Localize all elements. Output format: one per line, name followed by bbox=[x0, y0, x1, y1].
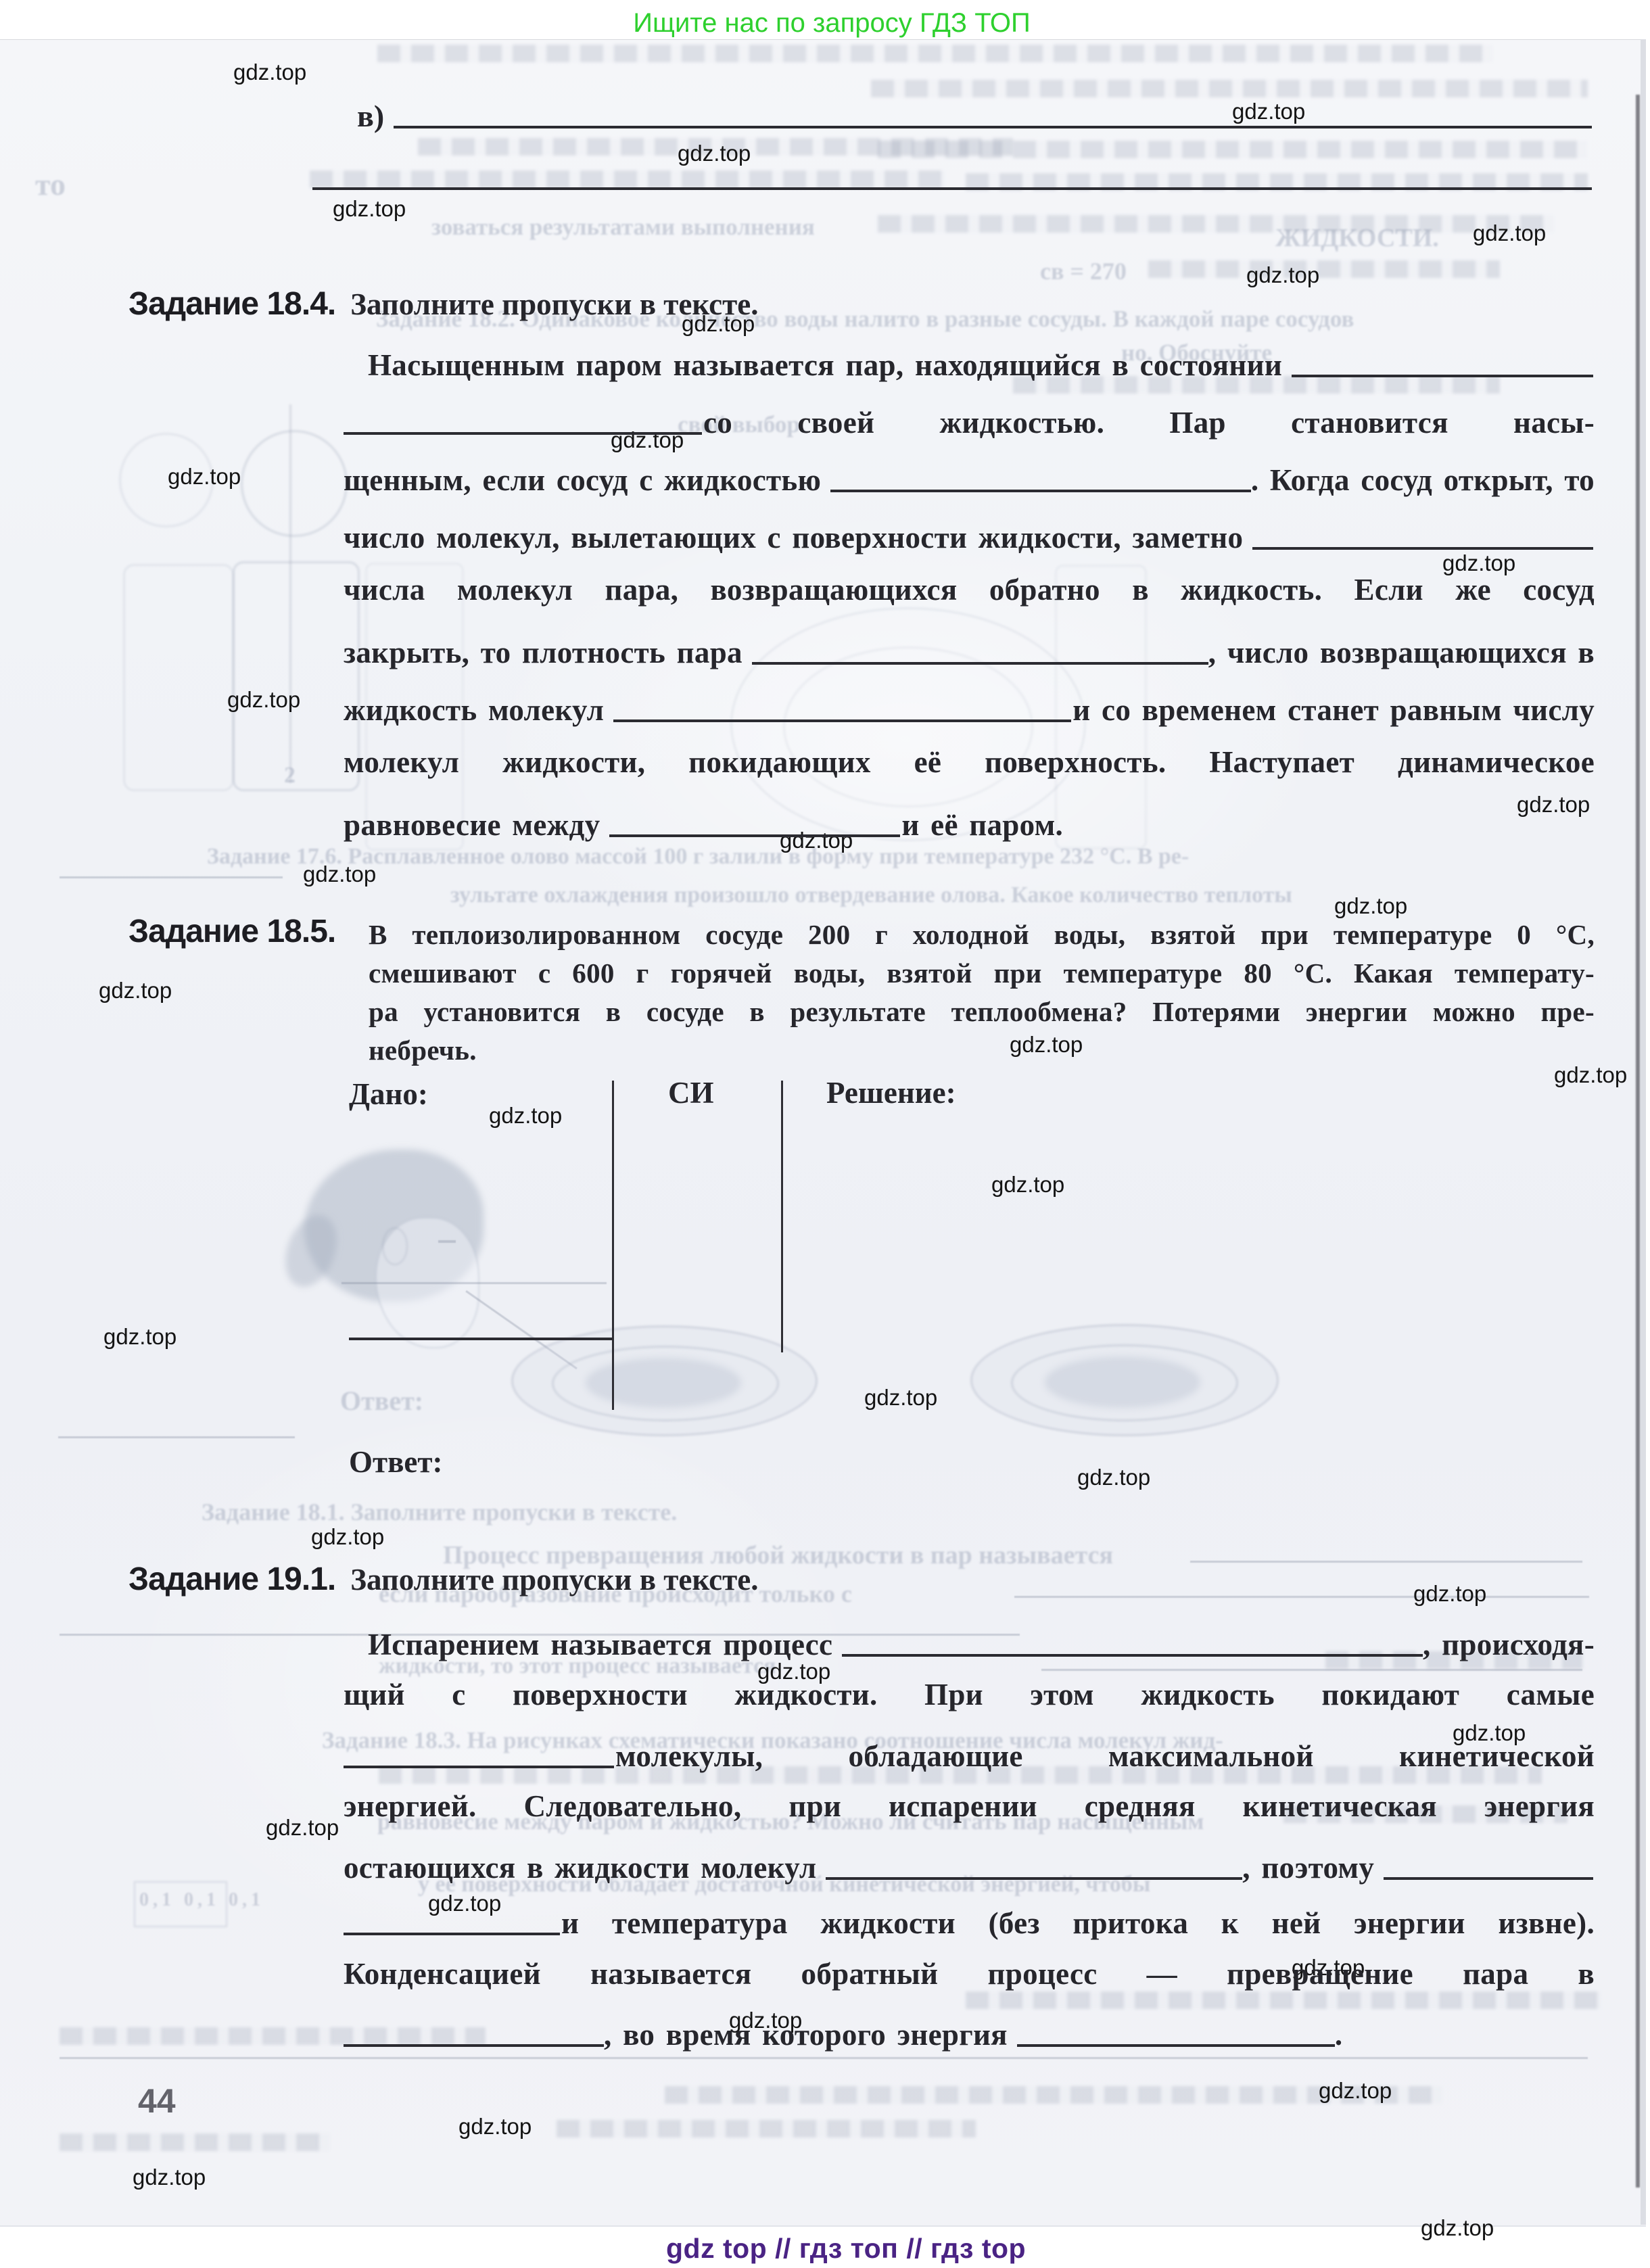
watermark: gdz.top bbox=[1319, 2078, 1392, 2104]
text-run: жидкость молекул bbox=[344, 692, 604, 728]
fill-line: число молекул, вылетающих с поверхности … bbox=[344, 515, 1595, 555]
fill-line: в) bbox=[357, 93, 1593, 134]
bleed-line bbox=[58, 1436, 295, 1438]
task-instruction: Заполните пропуски в тексте. bbox=[350, 1562, 758, 1597]
bleed-text: зультате охлаждения произошло отвердеван… bbox=[450, 882, 1292, 908]
watermark: gdz.top bbox=[333, 196, 406, 222]
bleed-table-sketch bbox=[134, 1881, 227, 1927]
solution-label: Решение: bbox=[826, 1075, 956, 1110]
bleed-line bbox=[60, 2057, 1588, 2059]
watermark: gdz.top bbox=[1077, 1465, 1150, 1490]
task-label: Задание 18.5. bbox=[128, 913, 335, 950]
flask-sketch-jar bbox=[123, 564, 234, 791]
watermark: gdz.top bbox=[1246, 262, 1319, 288]
watermark: gdz.top bbox=[266, 1815, 339, 1841]
task-label: Задание 19.1. bbox=[128, 1561, 335, 1598]
watermark: gdz.top bbox=[99, 978, 172, 1003]
bleed-text: зоваться результатами выполнения bbox=[431, 214, 815, 241]
text-run: Насыщенным паром называется пар, находящ… bbox=[368, 348, 1282, 383]
bleed-smear bbox=[1148, 260, 1500, 278]
text-run: , происходя- bbox=[1423, 1627, 1595, 1662]
watermark: gdz.top bbox=[1517, 792, 1590, 818]
answer-blank bbox=[344, 424, 702, 435]
bleed-smear bbox=[377, 45, 1493, 62]
bleed-text: ЖИДКОСТИ. bbox=[1275, 223, 1439, 253]
watermark: gdz.top bbox=[864, 1385, 937, 1411]
bleed-smear bbox=[557, 2120, 976, 2137]
watermark: gdz.top bbox=[458, 2114, 532, 2140]
task-instruction: Заполните пропуски в тексте. bbox=[350, 287, 758, 322]
page-number: 44 bbox=[138, 2081, 176, 2121]
fill-line bbox=[312, 155, 1593, 195]
watermark: gdz.top bbox=[168, 464, 241, 490]
text-line: ра установится в сосуде в результате теп… bbox=[369, 995, 1595, 1032]
text-run: и со временем станет равным числу bbox=[1072, 692, 1595, 728]
text-run: и температура жидкости (без притока к не… bbox=[561, 1906, 1595, 1941]
watermark: gdz.top bbox=[303, 861, 376, 887]
flask-sketch-jar bbox=[233, 561, 360, 791]
watermark: gdz.top bbox=[1473, 220, 1546, 246]
answer-blank bbox=[312, 179, 1592, 190]
answer-label: Ответ: bbox=[349, 1444, 442, 1480]
text-line: небречь. bbox=[369, 1034, 1595, 1070]
bleed-text: Ответ: bbox=[340, 1385, 423, 1417]
fill-line: , во время которого энергия . bbox=[344, 2012, 1342, 2052]
bleed-line bbox=[1041, 1669, 1582, 1671]
task-header: Задание 19.1. Заполните пропуски в текст… bbox=[128, 1561, 758, 1598]
watermark: gdz.top bbox=[489, 1103, 562, 1129]
answer-blank bbox=[1017, 2036, 1335, 2047]
desk-sketch-line bbox=[341, 1282, 607, 1284]
text-run: со своей жидкостью. Пар становится насы- bbox=[703, 405, 1595, 440]
text-run: и её паром. bbox=[901, 807, 1063, 843]
item-label: в) bbox=[357, 98, 384, 134]
watermark: gdz.top bbox=[991, 1172, 1064, 1198]
task-header: Задание 18.5. bbox=[128, 913, 335, 950]
fill-line: закрыть, то плотность пара , число возвр… bbox=[344, 630, 1595, 670]
bleed-smear bbox=[60, 2133, 330, 2151]
flask-sketch-bulb bbox=[241, 430, 348, 537]
answer-blank bbox=[826, 1869, 1242, 1880]
answer-blank bbox=[1252, 539, 1593, 550]
answer-blank bbox=[613, 711, 1071, 722]
fill-line: Испарением называется процесс , происход… bbox=[344, 1622, 1595, 1662]
watermark: gdz.top bbox=[103, 1324, 176, 1350]
watermark: gdz.top bbox=[227, 687, 300, 713]
plate-sketch bbox=[1045, 1356, 1200, 1408]
si-label: СИ bbox=[668, 1075, 714, 1110]
plate-sketch bbox=[586, 1358, 741, 1408]
flask-sketch-tube bbox=[288, 404, 291, 783]
fill-line: щенным, если сосуд с жидкостью . Когда с… bbox=[344, 457, 1595, 498]
text-run: остающихся в жидкости молекул bbox=[344, 1850, 816, 1885]
text-run: , во время которого энергия bbox=[604, 2017, 1008, 2052]
watermark: gdz.top bbox=[311, 1524, 384, 1550]
answer-blank bbox=[842, 1646, 1423, 1657]
text-run: закрыть, то плотность пара bbox=[344, 635, 742, 670]
table-divider bbox=[781, 1081, 783, 1352]
given-underline bbox=[349, 1338, 613, 1340]
answer-blank bbox=[830, 481, 1251, 492]
text-run: щенным, если сосуд с жидкостью bbox=[344, 463, 821, 498]
watermark: gdz.top bbox=[1334, 893, 1407, 919]
watermark: gdz.top bbox=[1421, 2215, 1494, 2241]
bleed-text: то bbox=[35, 166, 66, 202]
bleed-text: cв = 270 bbox=[1040, 257, 1127, 285]
text-run: . Когда сосуд открыт, то bbox=[1251, 463, 1595, 498]
text-run: . bbox=[1335, 2017, 1343, 2052]
task-header: Задание 18.4. Заполните пропуски в текст… bbox=[128, 285, 758, 323]
answer-blank bbox=[344, 2036, 604, 2047]
text-run: равновесие между bbox=[344, 807, 600, 843]
text-run: молекулы, обладающие максимальной кинети… bbox=[615, 1739, 1595, 1774]
fill-line: жидкость молекул и со временем станет ра… bbox=[344, 687, 1595, 728]
answer-blank bbox=[609, 826, 900, 837]
text-line: Конденсацией называется обратный процесс… bbox=[344, 1956, 1595, 1997]
answer-blank bbox=[344, 1924, 560, 1935]
text-line: В теплоизолированном сосуде 200 г холодн… bbox=[369, 918, 1595, 955]
text-line: молекул жидкости, покидающих её поверхно… bbox=[344, 745, 1595, 785]
bleed-line bbox=[1190, 1561, 1582, 1563]
fill-line: остающихся в жидкости молекул , поэтому bbox=[344, 1845, 1595, 1885]
text-line: энергией. Следовательно, при испарении с… bbox=[344, 1789, 1595, 1829]
text-run: число молекул, вылетающих с поверхности … bbox=[344, 520, 1243, 555]
answer-blank bbox=[752, 654, 1208, 665]
text-run: , число возвращающихся в bbox=[1208, 635, 1595, 670]
bleed-smear bbox=[878, 215, 1554, 233]
watermark: gdz.top bbox=[233, 60, 306, 85]
given-label: Дано: bbox=[349, 1077, 428, 1112]
answer-blank bbox=[1292, 367, 1593, 377]
girl-sketch-eye bbox=[438, 1240, 456, 1243]
answer-blank bbox=[394, 118, 1592, 128]
text-line: числа молекул пара, возвращающихся обрат… bbox=[344, 572, 1595, 613]
bleed-text: Задание 18.1. Заполните пропуски в текст… bbox=[202, 1498, 677, 1526]
task-label: Задание 18.4. bbox=[128, 285, 335, 323]
table-divider bbox=[612, 1081, 614, 1410]
fill-line: и температура жидкости (без притока к не… bbox=[344, 1900, 1595, 1941]
watermark: gdz.top bbox=[133, 2165, 206, 2190]
bleed-line bbox=[1014, 1596, 1589, 1598]
text-run: Испарением называется процесс bbox=[368, 1627, 832, 1662]
watermark: gdz.top bbox=[1413, 1581, 1486, 1607]
fill-line: равновесие между и её паром. bbox=[344, 802, 1063, 843]
fill-line: молекулы, обладающие максимальной кинети… bbox=[344, 1733, 1595, 1774]
answer-blank bbox=[1384, 1869, 1593, 1880]
text-line: щий с поверхности жидкости. При этом жид… bbox=[344, 1677, 1595, 1718]
text-line: смешивают с 600 г горячей воды, взятой п… bbox=[369, 957, 1595, 993]
answer-blank bbox=[344, 1757, 614, 1768]
bleed-line bbox=[60, 876, 283, 878]
text-run: , поэтому bbox=[1242, 1850, 1374, 1885]
fill-line: Насыщенным паром называется пар, находящ… bbox=[344, 342, 1595, 383]
fill-line: со своей жидкостью. Пар становится насы- bbox=[344, 400, 1595, 440]
site-footer: gdz top // гдз топ // гдз top bbox=[666, 2233, 1026, 2265]
girl-sketch-ear bbox=[382, 1227, 408, 1265]
